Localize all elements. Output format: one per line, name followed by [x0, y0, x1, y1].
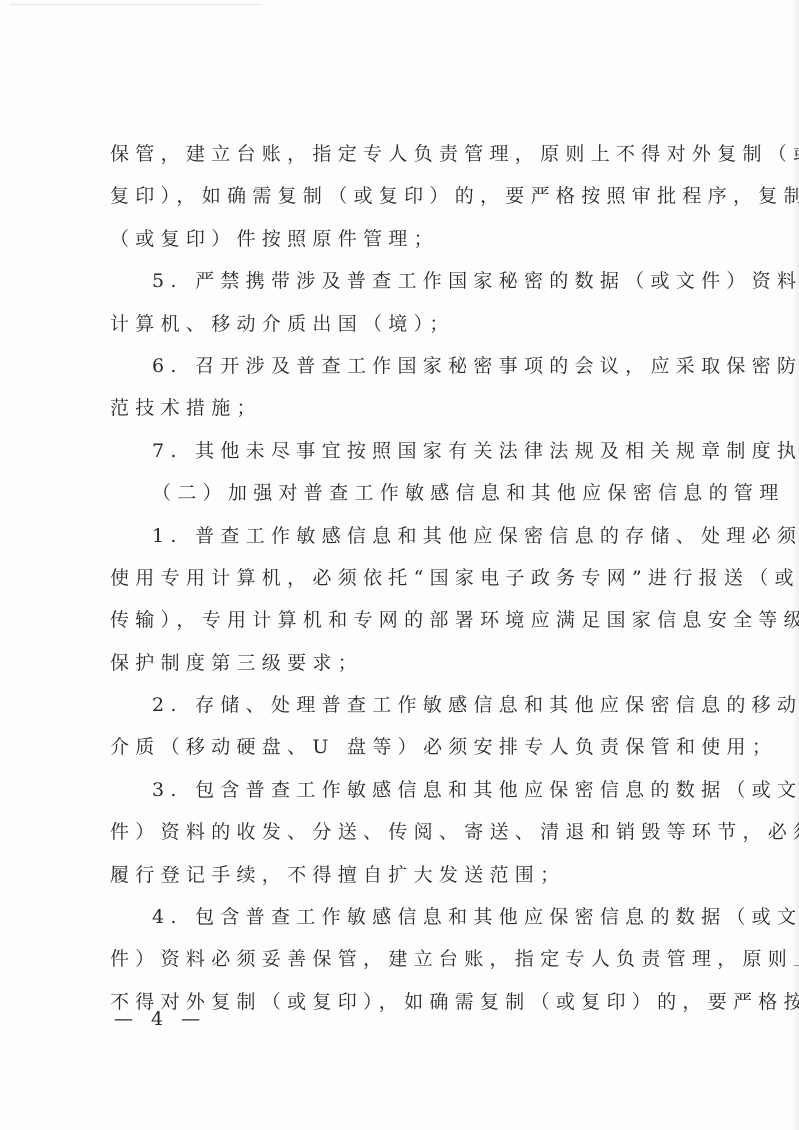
- text-line: 履行登记手续，不得擅自扩大发送范围；: [110, 854, 694, 896]
- text-line: 保护制度第三级要求；: [110, 642, 694, 684]
- text-line: （或复印）件按照原件管理；: [110, 218, 694, 260]
- list-item-1: 1. 普查工作敏感信息和其他应保密信息的存储、处理必须: [110, 515, 694, 557]
- list-item-4: 4. 包含普查工作敏感信息和其他应保密信息的数据（或文: [110, 896, 694, 938]
- text-line: 保管，建立台账，指定专人负责管理，原则上不得对外复制（或: [110, 133, 694, 175]
- list-item-2: 2. 存储、处理普查工作敏感信息和其他应保密信息的移动: [110, 684, 694, 726]
- text-line: 件）资料的收发、分送、传阅、寄送、清退和销毁等环节，必须: [110, 811, 694, 853]
- text-line: 件）资料必须妥善保管，建立台账，指定专人负责管理，原则上: [110, 938, 694, 980]
- text-line: 复印），如确需复制（或复印）的，要严格按照审批程序，复制: [110, 175, 694, 217]
- document-body: 保管，建立台账，指定专人负责管理，原则上不得对外复制（或 复印），如确需复制（或…: [110, 133, 694, 1023]
- list-item-3: 3. 包含普查工作敏感信息和其他应保密信息的数据（或文: [110, 769, 694, 811]
- text-line: 使用专用计算机，必须依托“国家电子政务专网”进行报送（或: [110, 557, 694, 599]
- text-line: 范技术措施；: [110, 387, 694, 429]
- scan-artifact: [10, 4, 260, 5]
- section-heading: （二）加强对普查工作敏感信息和其他应保密信息的管理: [110, 472, 694, 514]
- text-line: 介质（移动硬盘、U 盘等）必须安排专人负责保管和使用；: [110, 726, 694, 768]
- page-number: — 4 —: [114, 1008, 206, 1030]
- list-item-6: 6. 召开涉及普查工作国家秘密事项的会议，应采取保密防: [110, 345, 694, 387]
- text-line: 传输），专用计算机和专网的部署环境应满足国家信息安全等级: [110, 599, 694, 641]
- list-item-7: 7. 其他未尽事宜按照国家有关法律法规及相关规章制度执行。: [110, 430, 694, 472]
- list-item-5: 5. 严禁携带涉及普查工作国家秘密的数据（或文件）资料、: [110, 260, 694, 302]
- text-line: 计算机、移动介质出国（境）；: [110, 303, 694, 345]
